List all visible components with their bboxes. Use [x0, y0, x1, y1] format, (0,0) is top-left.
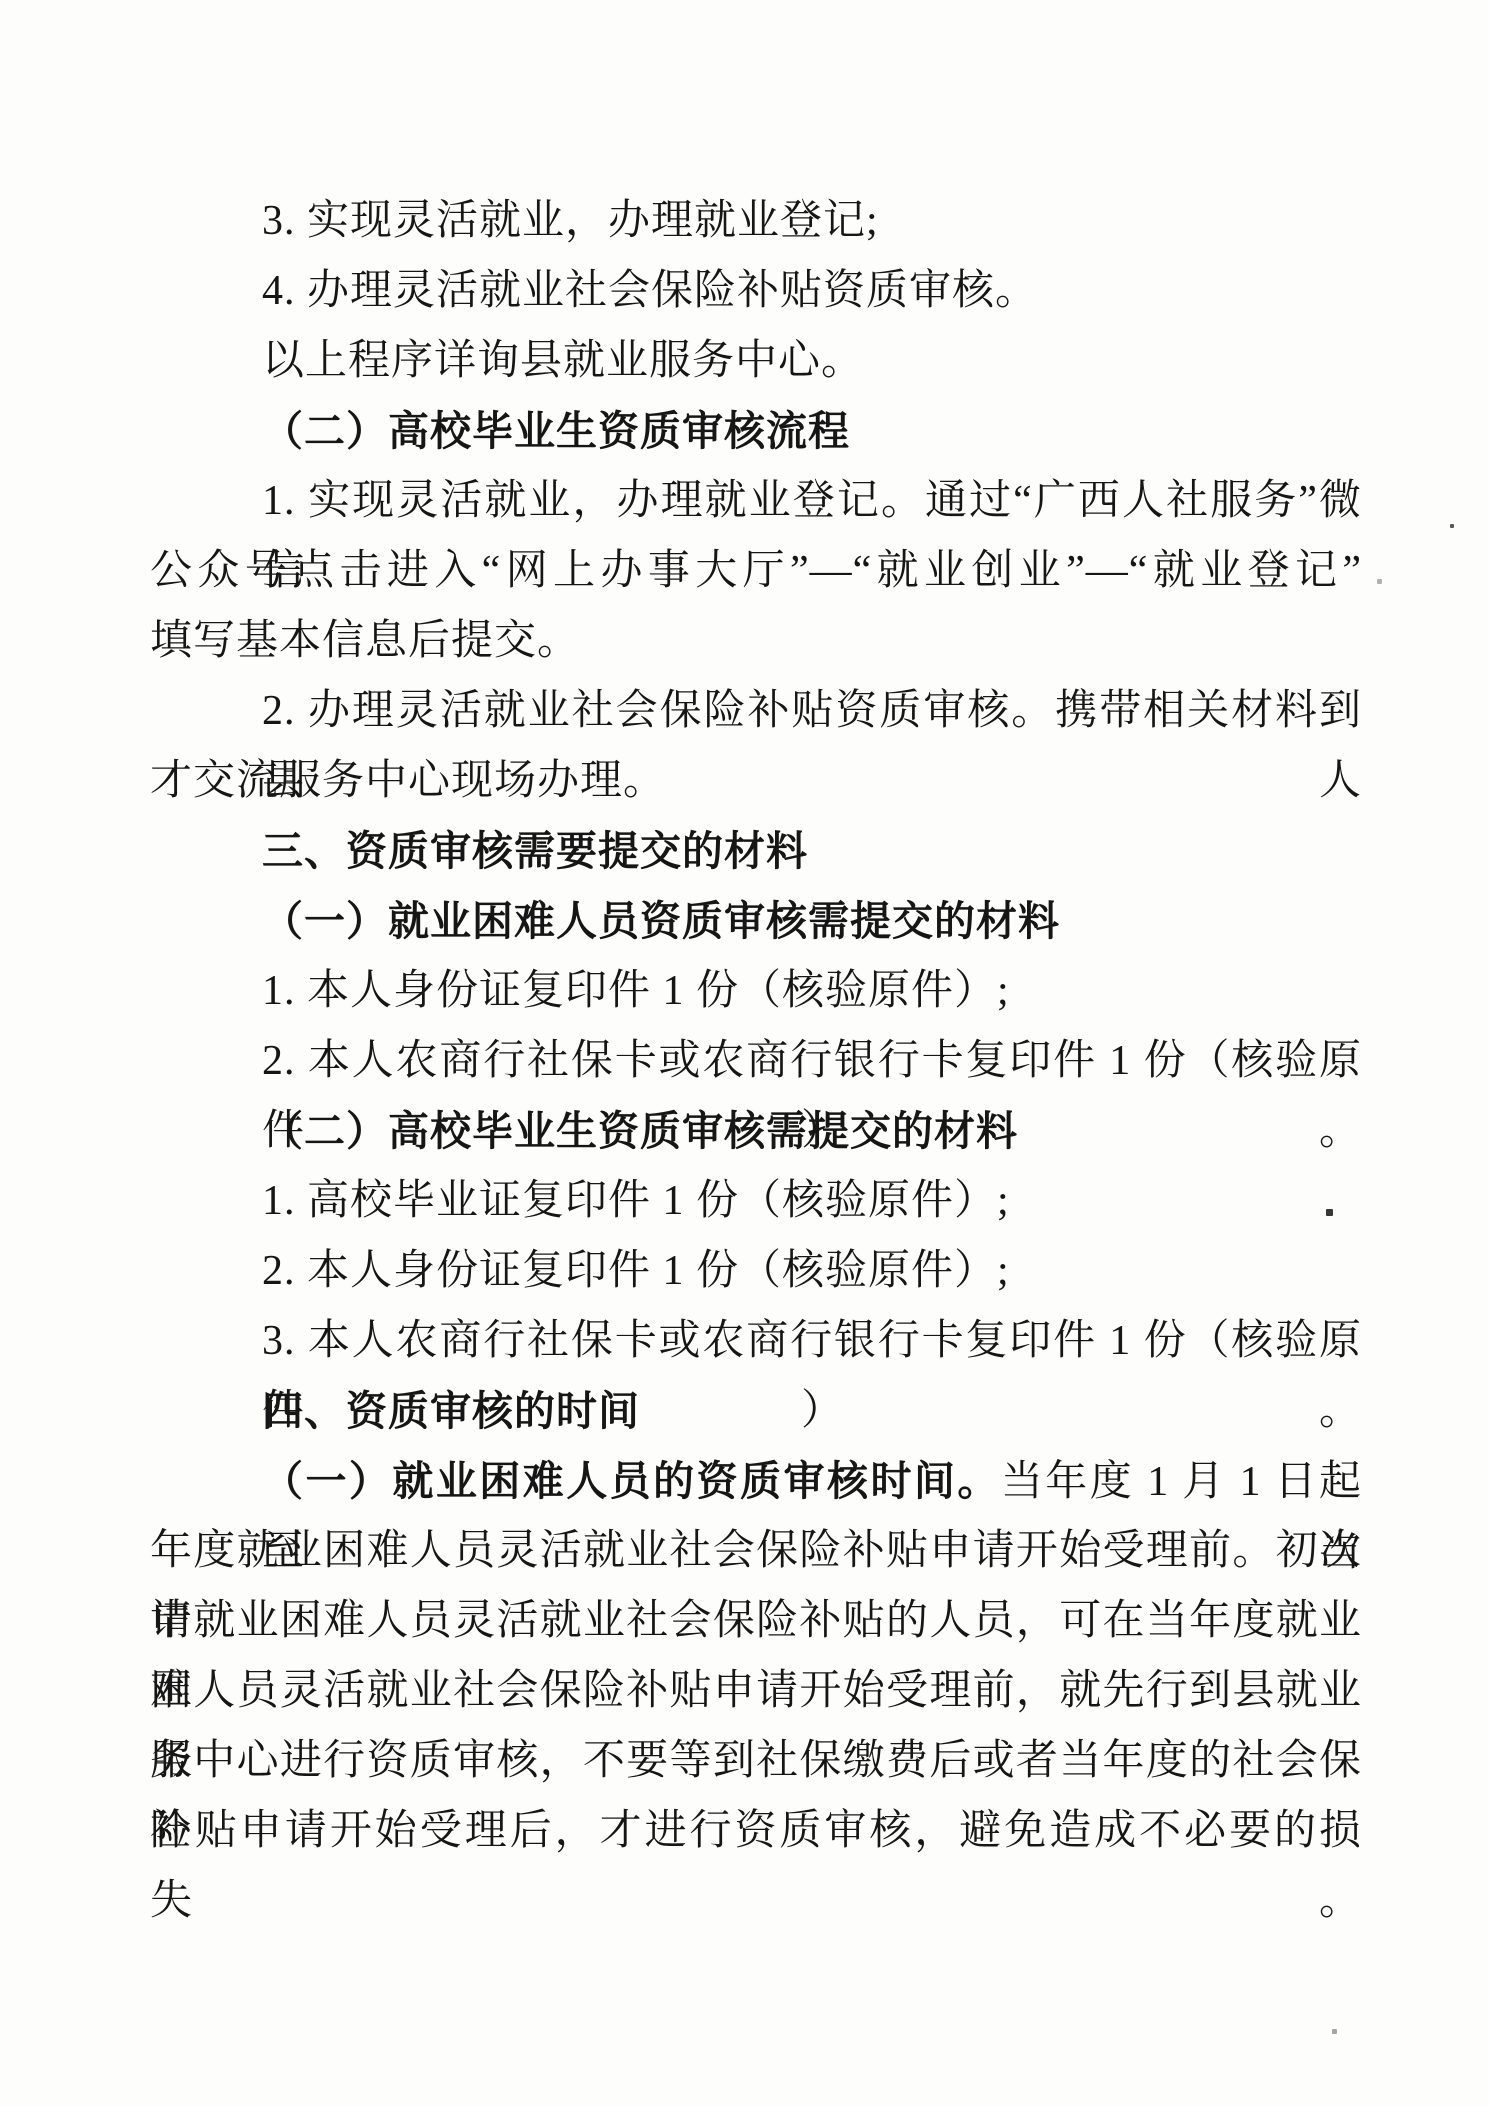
document-line: 2. 办理灵活就业社会保险补贴资质审核。携带相关材料到县人: [150, 676, 1362, 746]
scan-noise-speck: [1450, 524, 1454, 528]
document-line: 2. 本人身份证复印件 1 份（核验原件）;: [150, 1236, 1362, 1306]
document-line: 填写基本信息后提交。: [150, 606, 1362, 676]
document-line: （一）就业困难人员资质审核需提交的材料: [150, 886, 1362, 956]
heading-text: （一）就业困难人员的资质审核时间。: [262, 1457, 1001, 1505]
document-line: 年度就业困难人员灵活就业社会保险补贴申请开始受理前。初次申: [150, 1516, 1362, 1586]
document-line: 难人员灵活就业社会保险补贴申请开始受理前，就先行到县就业服: [150, 1656, 1362, 1726]
heading-text: （二）高校毕业生资质审核需提交的材料: [262, 1107, 1018, 1155]
body-text: 公众号点击进入“网上办事大厅”—“就业创业”—“就业登记”: [150, 548, 1362, 594]
body-text: 4. 办理灵活就业社会保险补贴资质审核。: [262, 268, 1038, 314]
document-line: 1. 高校毕业证复印件 1 份（核验原件）;: [150, 1166, 1362, 1236]
scan-noise-speck: [1326, 1209, 1333, 1216]
document-line: 3. 实现灵活就业，办理就业登记;: [150, 186, 1362, 256]
document-line: 1. 本人身份证复印件 1 份（核验原件）;: [150, 956, 1362, 1026]
scanned-document-page: 3. 实现灵活就业，办理就业登记;4. 办理灵活就业社会保险补贴资质审核。以上程…: [0, 0, 1489, 2106]
document-line: 请就业困难人员灵活就业社会保险补贴的人员，可在当年度就业困: [150, 1586, 1362, 1656]
document-line: 以上程序详询县就业服务中心。: [150, 326, 1362, 396]
heading-text: （一）就业困难人员资质审核需提交的材料: [262, 897, 1060, 945]
scan-noise-speck: [1377, 579, 1382, 584]
body-text: 补贴申请开始受理后，才进行资质审核，避免造成不必要的损失。: [150, 1808, 1362, 1924]
heading-text: 三、资质审核需要提交的材料: [262, 827, 808, 875]
document-line: 2. 本人农商行社保卡或农商行银行卡复印件 1 份（核验原件）。: [150, 1026, 1362, 1096]
document-line: 3. 本人农商行社保卡或农商行银行卡复印件 1 份（核验原件）。: [150, 1306, 1362, 1376]
body-text: 3. 实现灵活就业，办理就业登记;: [262, 198, 879, 244]
scan-noise-speck: [1332, 2029, 1337, 2034]
body-text: 2. 本人身份证复印件 1 份（核验原件）;: [262, 1248, 1010, 1294]
body-text: 才交流服务中心现场办理。: [150, 758, 666, 804]
body-text: 1. 高校毕业证复印件 1 份（核验原件）;: [262, 1178, 1010, 1224]
document-line: （二）高校毕业生资质审核流程: [150, 396, 1362, 466]
document-line: 务中心进行资质审核，不要等到社保缴费后或者当年度的社会保险: [150, 1726, 1362, 1796]
body-text: 1. 本人身份证复印件 1 份（核验原件）;: [262, 968, 1010, 1014]
document-line: 三、资质审核需要提交的材料: [150, 816, 1362, 886]
body-text: 以上程序详询县就业服务中心。: [262, 338, 864, 384]
heading-text: 四、资质审核的时间: [262, 1387, 640, 1435]
heading-text: （二）高校毕业生资质审核流程: [262, 407, 850, 455]
document-line: 公众号点击进入“网上办事大厅”—“就业创业”—“就业登记”: [150, 536, 1362, 606]
document-line: 4. 办理灵活就业社会保险补贴资质审核。: [150, 256, 1362, 326]
document-line: 1. 实现灵活就业，办理就业登记。通过“广西人社服务”微信: [150, 466, 1362, 536]
document-line: 补贴申请开始受理后，才进行资质审核，避免造成不必要的损失。: [150, 1796, 1362, 1866]
body-text: 填写基本信息后提交。: [150, 618, 580, 664]
text-block: 3. 实现灵活就业，办理就业登记;4. 办理灵活就业社会保险补贴资质审核。以上程…: [150, 186, 1362, 1866]
document-line: （一）就业困难人员的资质审核时间。当年度 1 月 1 日起至当: [150, 1446, 1362, 1516]
